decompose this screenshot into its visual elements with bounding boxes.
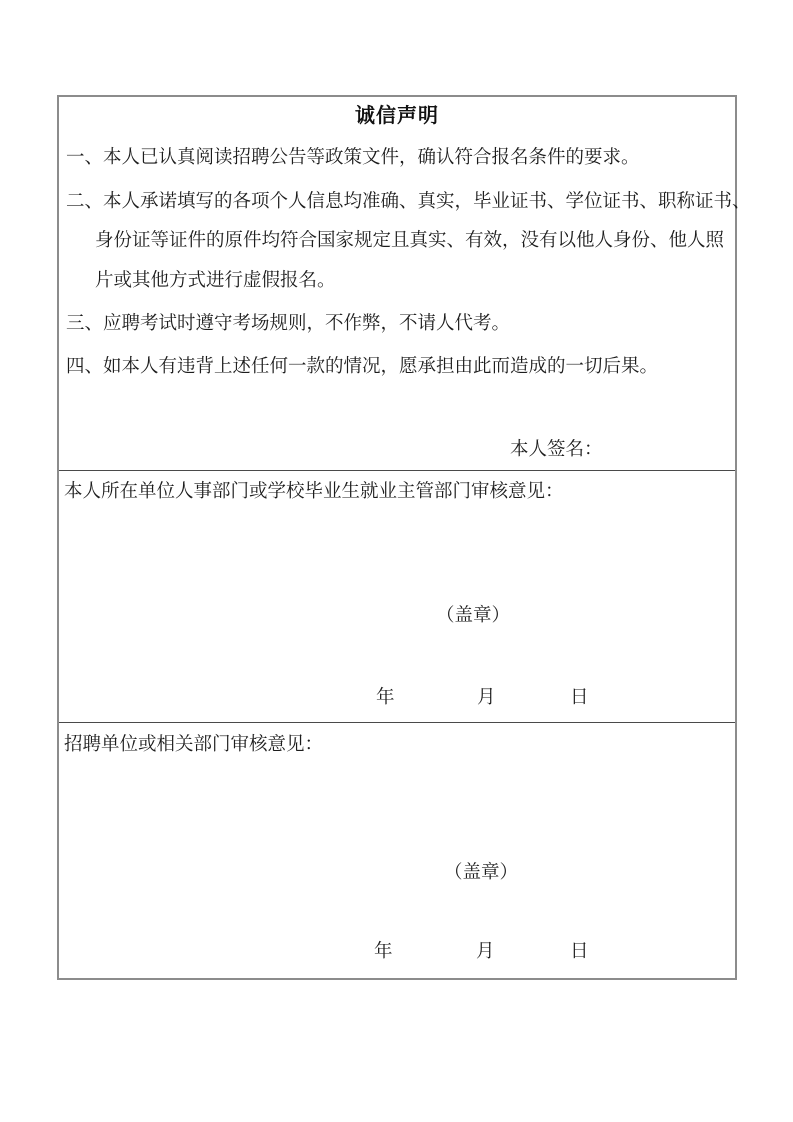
page-title: 诚信声明: [59, 105, 735, 127]
month-label: 月: [477, 688, 496, 709]
month-label: 月: [476, 942, 495, 963]
declaration-item-4: 四、如本人有违背上述任何一款的情况，愿承担由此而造成的一切后果。: [66, 357, 658, 378]
recruiter-review-header: 招聘单位或相关部门审核意见：: [64, 735, 323, 756]
unit-review-header: 本人所在单位人事部门或学校毕业生就业主管部门审核意见：: [64, 482, 564, 503]
recruiter-review-seal-label: （盖章）: [444, 863, 518, 884]
document-page: 诚信声明 一、本人已认真阅读招聘公告等政策文件，确认符合报名条件的要求。 二、本…: [0, 0, 793, 1122]
signature-label: 本人签名：: [510, 440, 603, 461]
declaration-item-2-line-3: 片或其他方式进行虚假报名。: [95, 271, 336, 292]
unit-review-seal-label: （盖章）: [436, 606, 510, 627]
declaration-item-2-line-1: 二、本人承诺填写的各项个人信息均准确、真实，毕业证书、学位证书、职称证书、: [66, 192, 751, 213]
declaration-section: 诚信声明 一、本人已认真阅读招聘公告等政策文件，确认符合报名条件的要求。 二、本…: [59, 97, 735, 470]
unit-review-date-line: 年 月 日: [59, 688, 735, 712]
day-label: 日: [570, 688, 589, 709]
unit-review-section: 本人所在单位人事部门或学校毕业生就业主管部门审核意见： （盖章） 年 月 日: [59, 470, 735, 722]
declaration-item-2-line-2: 身份证等证件的原件均符合国家规定且真实、有效，没有以他人身份、他人照: [95, 231, 724, 252]
year-label: 年: [374, 942, 393, 963]
year-label: 年: [376, 688, 395, 709]
recruiter-review-section: 招聘单位或相关部门审核意见： （盖章） 年 月 日: [59, 722, 735, 977]
day-label: 日: [570, 942, 589, 963]
declaration-item-3: 三、应聘考试时遵守考场规则，不作弊，不请人代考。: [66, 314, 510, 335]
integrity-declaration-form-box: 诚信声明 一、本人已认真阅读招聘公告等政策文件，确认符合报名条件的要求。 二、本…: [57, 95, 737, 980]
declaration-item-1: 一、本人已认真阅读招聘公告等政策文件，确认符合报名条件的要求。: [66, 148, 640, 169]
recruiter-review-date-line: 年 月 日: [59, 942, 735, 966]
